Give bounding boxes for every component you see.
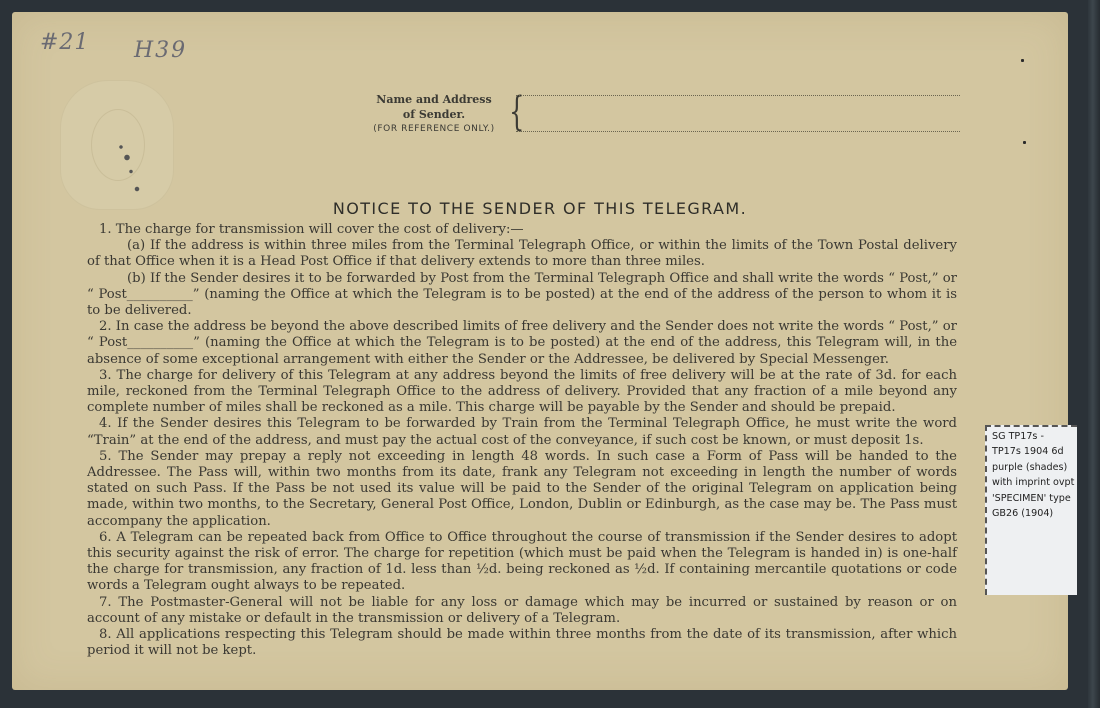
handwritten-reference: H39 (134, 38, 187, 63)
notice-clause-4: 4. If the Sender desires this Telegram t… (87, 416, 957, 448)
notice-clause-1: 1. The charge for transmission will cove… (87, 222, 957, 238)
label-line: with imprint ovpt (992, 475, 1075, 490)
brace-icon: { (509, 90, 524, 134)
sender-label-line2: of Sender. (364, 107, 504, 122)
sender-name-field[interactable] (516, 95, 960, 96)
notice-clause-2: 2. In case the address be beyond the abo… (87, 319, 957, 368)
album-mount-edge (1088, 0, 1100, 708)
notice-clause-3: 3. The charge for delivery of this Teleg… (87, 368, 957, 417)
handwritten-number: #21 (40, 30, 89, 55)
label-line: SG TP17s - (992, 429, 1075, 444)
label-line: GB26 (1904) (992, 506, 1075, 521)
perfin-punch-icon (109, 133, 149, 203)
catalogue-description-label: SG TP17s - TP17s 1904 6d purple (shades)… (985, 425, 1077, 595)
notice-clause-5: 5. The Sender may prepay a reply not exc… (87, 449, 957, 530)
label-line: purple (shades) (992, 460, 1075, 475)
notice-clause-8: 8. All applications respecting this Tele… (87, 627, 957, 659)
notice-clause-6: 6. A Telegram can be repeated back from … (87, 530, 957, 595)
ink-speck (1021, 59, 1024, 62)
notice-body: 1. The charge for transmission will cove… (87, 222, 957, 659)
sender-label-note: (FOR REFERENCE ONLY.) (364, 122, 504, 136)
telegram-form-card: #21 H39 Name and Address of Sender. (FOR… (12, 12, 1068, 690)
sender-address-field[interactable] (516, 131, 960, 132)
notice-clause-7: 7. The Postmaster-General will not be li… (87, 595, 957, 627)
sender-label-line1: Name and Address (364, 92, 504, 107)
sender-address-section: Name and Address of Sender. (FOR REFEREN… (364, 92, 964, 140)
notice-clause-1b: (b) If the Sender desires it to be forwa… (87, 271, 957, 320)
notice-clause-1a: (a) If the address is within three miles… (87, 238, 957, 270)
embossed-stamp-icon (60, 80, 174, 210)
sender-label: Name and Address of Sender. (FOR REFEREN… (364, 92, 504, 136)
notice-title: NOTICE TO THE SENDER OF THIS TELEGRAM. (12, 199, 1068, 218)
label-line: TP17s 1904 6d (992, 444, 1075, 459)
label-line: 'SPECIMEN' type (992, 491, 1075, 506)
ink-speck (1023, 141, 1026, 144)
